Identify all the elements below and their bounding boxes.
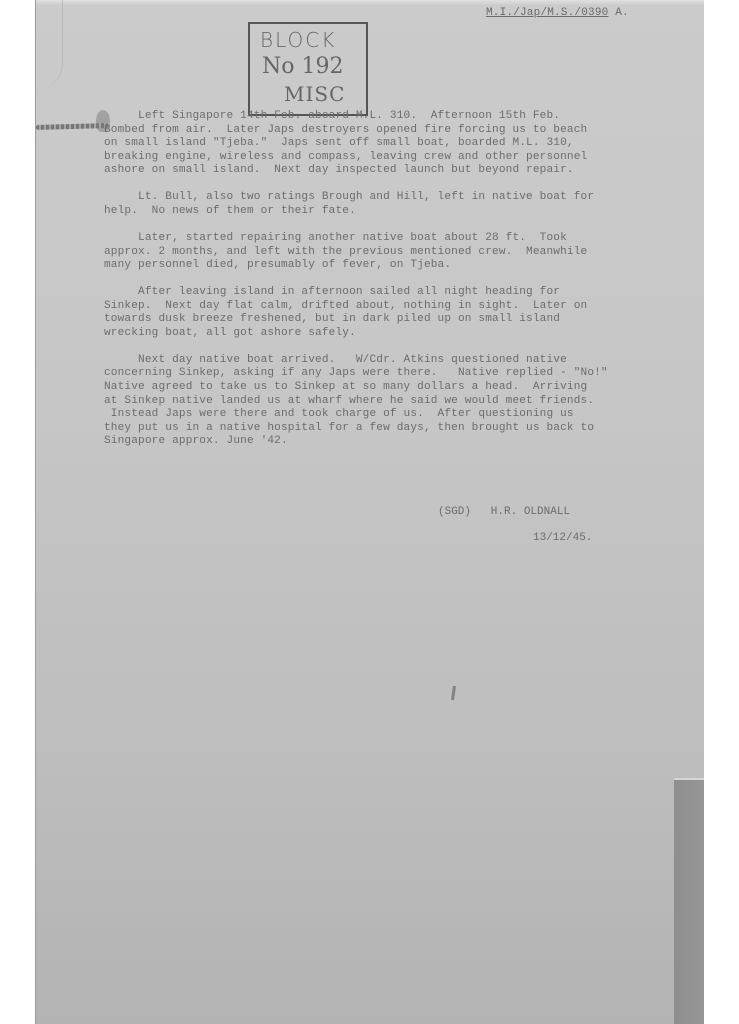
paragraph-1: Left Singapore 14th Feb. aboard M.L. 310… [104,110,694,178]
document-reference: M.I./Jap/M.S./0390 A. [486,7,629,19]
paragraph-3: Later, started repairing another native … [104,232,694,273]
signature: (SGD) H.R. OLDNALL [438,506,570,518]
stamp-line-2: No 192 [262,54,343,79]
page-crease [36,0,63,90]
reference-number: M.I./Jap/M.S./0390 [486,7,608,19]
document-date: 13/12/45. [533,532,592,544]
paragraph-2: Lt. Bull, also two ratings Brough and Hi… [104,191,694,218]
page-top-edge [36,0,704,6]
paragraph-5: Next day native boat arrived. W/Cdr. Atk… [104,354,694,449]
paragraph-4: After leaving island in afternoon sailed… [104,286,694,340]
document-page: M.I./Jap/M.S./0390 A. BLOCK No 192 MISC … [35,0,704,1024]
reference-suffix: A. [615,7,629,19]
document-body: Left Singapore 14th Feb. aboard M.L. 310… [104,110,694,462]
block-stamp: BLOCK No 192 MISC [248,22,368,116]
stamp-line-1: BLOCK [260,28,336,52]
stamp-line-3: MISC [284,82,345,106]
underlying-page-strip [674,778,704,1024]
ink-mark [451,686,456,700]
